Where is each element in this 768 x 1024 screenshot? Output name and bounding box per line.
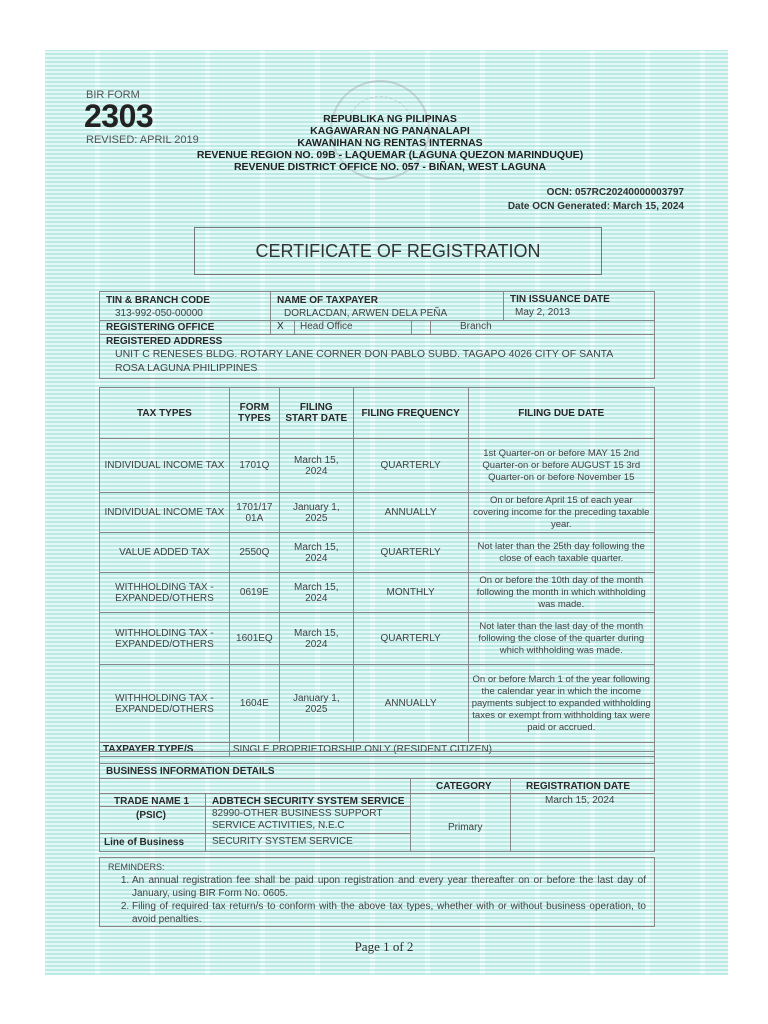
table-row: WITHHOLDING TAX - EXPANDED/OTHERS 1601EQ… xyxy=(100,613,655,665)
line-of-business-label: Line of Business xyxy=(104,837,184,848)
line-of-business-value: SECURITY SYSTEM SERVICE xyxy=(212,836,353,847)
tax-type: WITHHOLDING TAX - EXPANDED/OTHERS xyxy=(100,573,230,613)
filing-due: Not later than the last day of the month… xyxy=(468,613,654,665)
filing-frequency: QUARTERLY xyxy=(353,533,468,573)
reminders-label: REMINDERS: xyxy=(108,862,646,872)
page-number: Page 1 of 2 xyxy=(0,939,768,955)
header-bureau: KAWANIHAN NG RENTAS INTERNAS xyxy=(150,137,630,149)
form-type: 1701Q xyxy=(229,439,279,493)
registering-office-label: REGISTERING OFFICE xyxy=(106,322,214,333)
taxpayer-name-label: NAME OF TAXPAYER xyxy=(277,295,378,306)
trade-name-label: TRADE NAME 1 xyxy=(114,796,189,807)
col-filing-frequency: FILING FREQUENCY xyxy=(353,388,468,439)
psic-value-line2: SERVICE ACTIVITIES, N.E.C xyxy=(212,820,345,831)
tax-type: VALUE ADDED TAX xyxy=(100,533,230,573)
registration-date-value: March 15, 2024 xyxy=(545,795,615,806)
registered-address-line2: ROSA LAGUNA PHILIPPINES xyxy=(115,362,257,374)
taxpayer-name-value: DORLACDAN, ARWEN DELA PEÑA xyxy=(284,308,447,319)
filing-frequency: QUARTERLY xyxy=(353,613,468,665)
tax-type: WITHHOLDING TAX - EXPANDED/OTHERS xyxy=(100,665,230,743)
registered-address-line1: UNIT C RENESES BLDG. ROTARY LANE CORNER … xyxy=(115,348,613,360)
filing-frequency: ANNUALLY xyxy=(353,493,468,533)
header-department: KAGAWARAN NG PANANALAPI xyxy=(150,125,630,137)
tax-type: WITHHOLDING TAX - EXPANDED/OTHERS xyxy=(100,613,230,665)
filing-start: March 15, 2024 xyxy=(279,439,353,493)
header-district: REVENUE DISTRICT OFFICE NO. 057 - BIÑAN,… xyxy=(150,161,630,173)
form-type: 1604E xyxy=(229,665,279,743)
business-info-label: BUSINESS INFORMATION DETAILS xyxy=(106,766,275,777)
table-row: INDIVIDUAL INCOME TAX 1701Q March 15, 20… xyxy=(100,439,655,493)
psic-value-line1: 82990-OTHER BUSINESS SUPPORT xyxy=(212,808,382,819)
filing-due: On or before the 10th day of the month f… xyxy=(468,573,654,613)
tin-value: 313-992-050-00000 xyxy=(115,308,203,319)
filing-start: March 15, 2024 xyxy=(279,573,353,613)
tin-label: TIN & BRANCH CODE xyxy=(106,295,210,306)
tax-table-header: TAX TYPES FORM TYPES FILING START DATE F… xyxy=(100,388,655,439)
form-number: 2303 xyxy=(84,98,153,135)
filing-due: On or before March 1 of the year followi… xyxy=(468,665,654,743)
branch-label: Branch xyxy=(460,321,492,332)
psic-label: (PSIC) xyxy=(136,810,166,821)
tax-type: INDIVIDUAL INCOME TAX xyxy=(100,439,230,493)
registration-date-label: REGISTRATION DATE xyxy=(526,781,630,792)
filing-due: 1st Quarter-on or before MAY 15 2nd Quar… xyxy=(468,439,654,493)
ocn-date: Date OCN Generated: March 15, 2024 xyxy=(508,201,684,212)
category-label: CATEGORY xyxy=(436,781,492,792)
header-republic: REPUBLIKA NG PILIPINAS xyxy=(150,113,630,125)
col-filing-start: FILING START DATE xyxy=(279,388,353,439)
head-office-label: Head Office xyxy=(300,321,353,332)
registered-address-label: REGISTERED ADDRESS xyxy=(106,336,222,347)
tax-type: INDIVIDUAL INCOME TAX xyxy=(100,493,230,533)
filing-start: January 1, 2025 xyxy=(279,493,353,533)
form-type: 0619E xyxy=(229,573,279,613)
filing-start: March 15, 2024 xyxy=(279,613,353,665)
filing-frequency: QUARTERLY xyxy=(353,439,468,493)
form-type: 1601EQ xyxy=(229,613,279,665)
reminders-box: REMINDERS: An annual registration fee sh… xyxy=(99,857,655,927)
col-tax-types: TAX TYPES xyxy=(100,388,230,439)
table-row: VALUE ADDED TAX 2550Q March 15, 2024 QUA… xyxy=(100,533,655,573)
col-filing-due: FILING DUE DATE xyxy=(468,388,654,439)
filing-due: On or before April 15 of each year cover… xyxy=(468,493,654,533)
col-form-types: FORM TYPES xyxy=(229,388,279,439)
certificate-title: CERTIFICATE OF REGISTRATION xyxy=(194,227,602,275)
header-region: REVENUE REGION NO. 09B - LAQUEMAR (LAGUN… xyxy=(150,149,630,161)
form-type: 2550Q xyxy=(229,533,279,573)
filing-start: March 15, 2024 xyxy=(279,533,353,573)
tin-issuance-label: TIN ISSUANCE DATE xyxy=(510,294,610,305)
table-row: WITHHOLDING TAX - EXPANDED/OTHERS 0619E … xyxy=(100,573,655,613)
head-office-checkbox: X xyxy=(277,321,284,332)
reminder-item: Filing of required tax return/s to confo… xyxy=(132,900,646,926)
trade-name-value: ADBTECH SECURITY SYSTEM SERVICE xyxy=(212,796,404,807)
tin-issuance-value: May 2, 2013 xyxy=(515,307,570,318)
filing-frequency: MONTHLY xyxy=(353,573,468,613)
table-row: INDIVIDUAL INCOME TAX 1701/17 01A Januar… xyxy=(100,493,655,533)
reminders-list: An annual registration fee shall be paid… xyxy=(108,874,646,926)
table-row: WITHHOLDING TAX - EXPANDED/OTHERS 1604E … xyxy=(100,665,655,743)
filing-start: January 1, 2025 xyxy=(279,665,353,743)
filing-due: Not later than the 25th day following th… xyxy=(468,533,654,573)
form-type: 1701/17 01A xyxy=(229,493,279,533)
filing-frequency: ANNUALLY xyxy=(353,665,468,743)
category-value: Primary xyxy=(448,822,482,833)
tax-types-table: TAX TYPES FORM TYPES FILING START DATE F… xyxy=(99,387,655,757)
reminder-item: An annual registration fee shall be paid… xyxy=(132,874,646,900)
ocn-number: OCN: 057RC20240000003797 xyxy=(547,187,684,198)
